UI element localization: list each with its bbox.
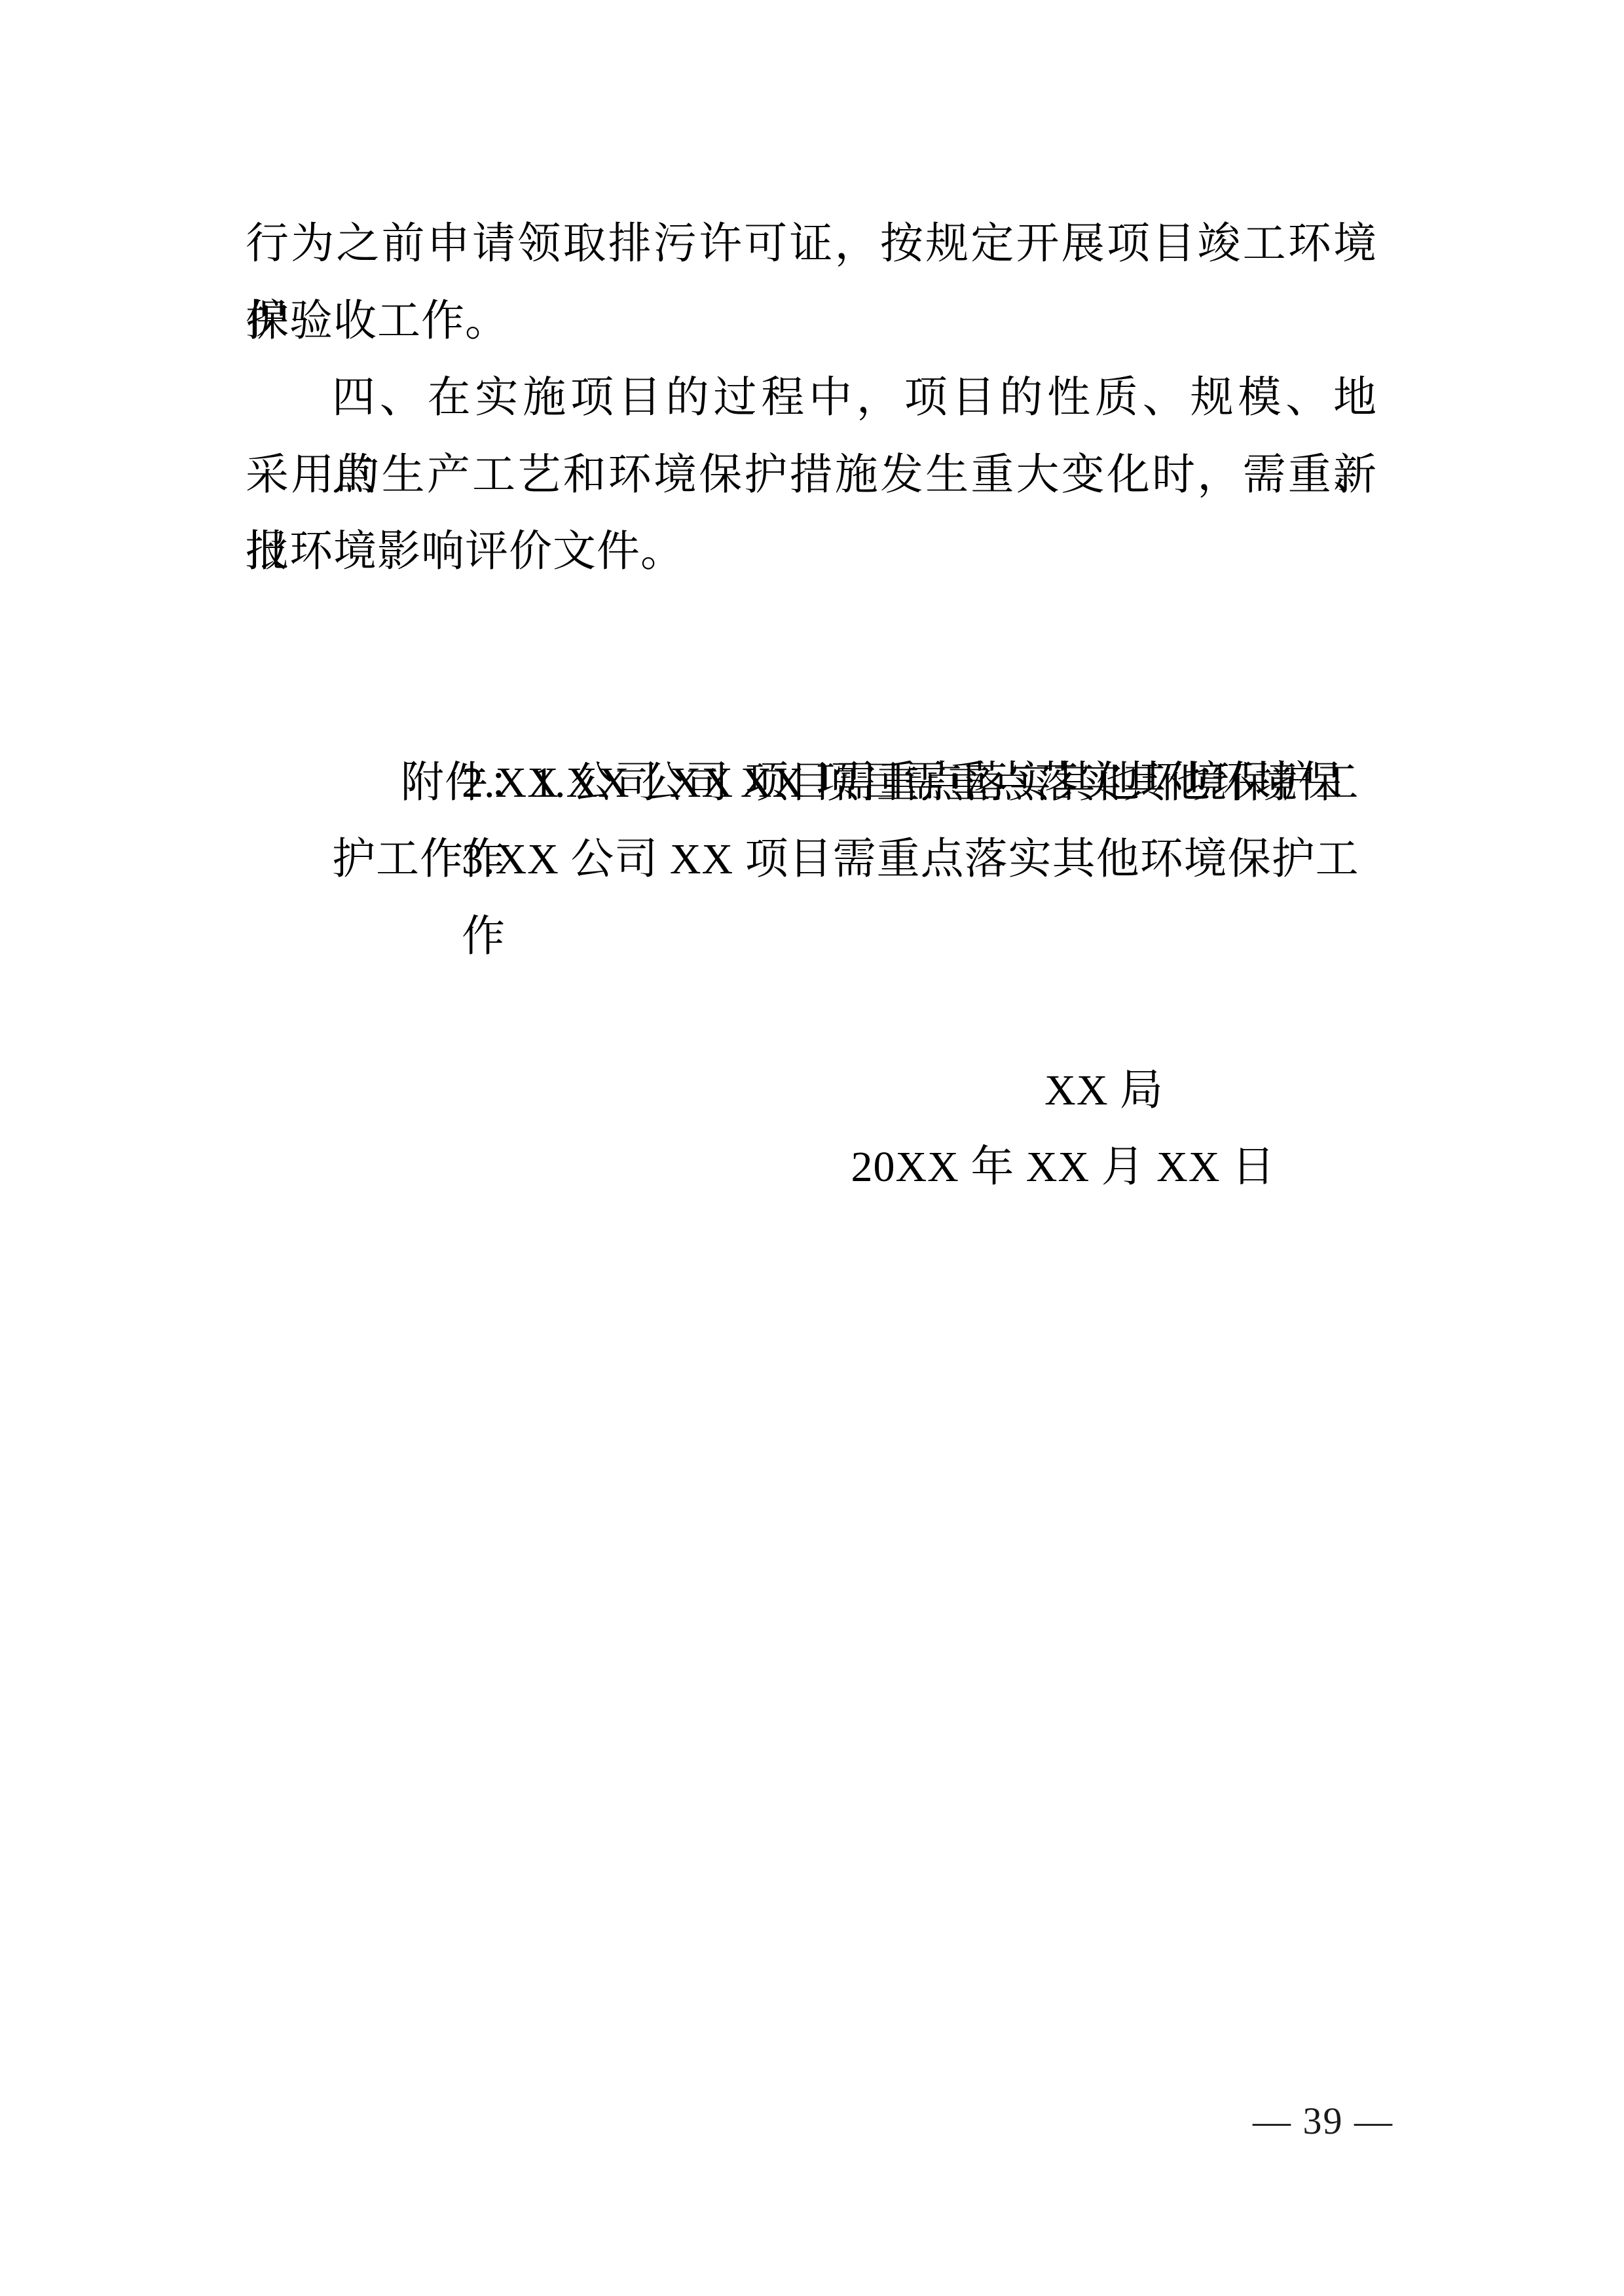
body-line-2: 护验收工作。 <box>246 283 1377 360</box>
document-page: 行为之前申请领取排污许可证，按规定开展项目竣工环境保 护验收工作。 四、在实施项… <box>0 0 1624 2296</box>
signature-issuer: XX 局 <box>246 1052 1377 1129</box>
body-line-3: 四、在实施项目的过程中，项目的性质、规模、地点、 <box>246 359 1377 437</box>
document-body: 行为之前申请领取排污许可证，按规定开展项目竣工环境保 护验收工作。 四、在实施项… <box>246 206 1377 1206</box>
body-line-5: 批环境影响评价文件。 <box>246 513 1377 591</box>
page-number: — 39 — <box>1253 2100 1393 2142</box>
signature-date: 20XX 年 XX 月 XX 日 <box>246 1129 1377 1206</box>
blank-line <box>246 898 1377 975</box>
blank-line <box>246 975 1377 1052</box>
body-line-1: 行为之前申请领取排污许可证，按规定开展项目竣工环境保 <box>246 206 1377 283</box>
blank-line <box>246 591 1377 668</box>
attachment-line-1: 附件：1.XX 公司 XX 项目需重点落实其他环境保护工作 <box>246 667 1377 744</box>
body-line-4: 采用的生产工艺和环境保护措施发生重大变化时，需重新报 <box>246 437 1377 514</box>
